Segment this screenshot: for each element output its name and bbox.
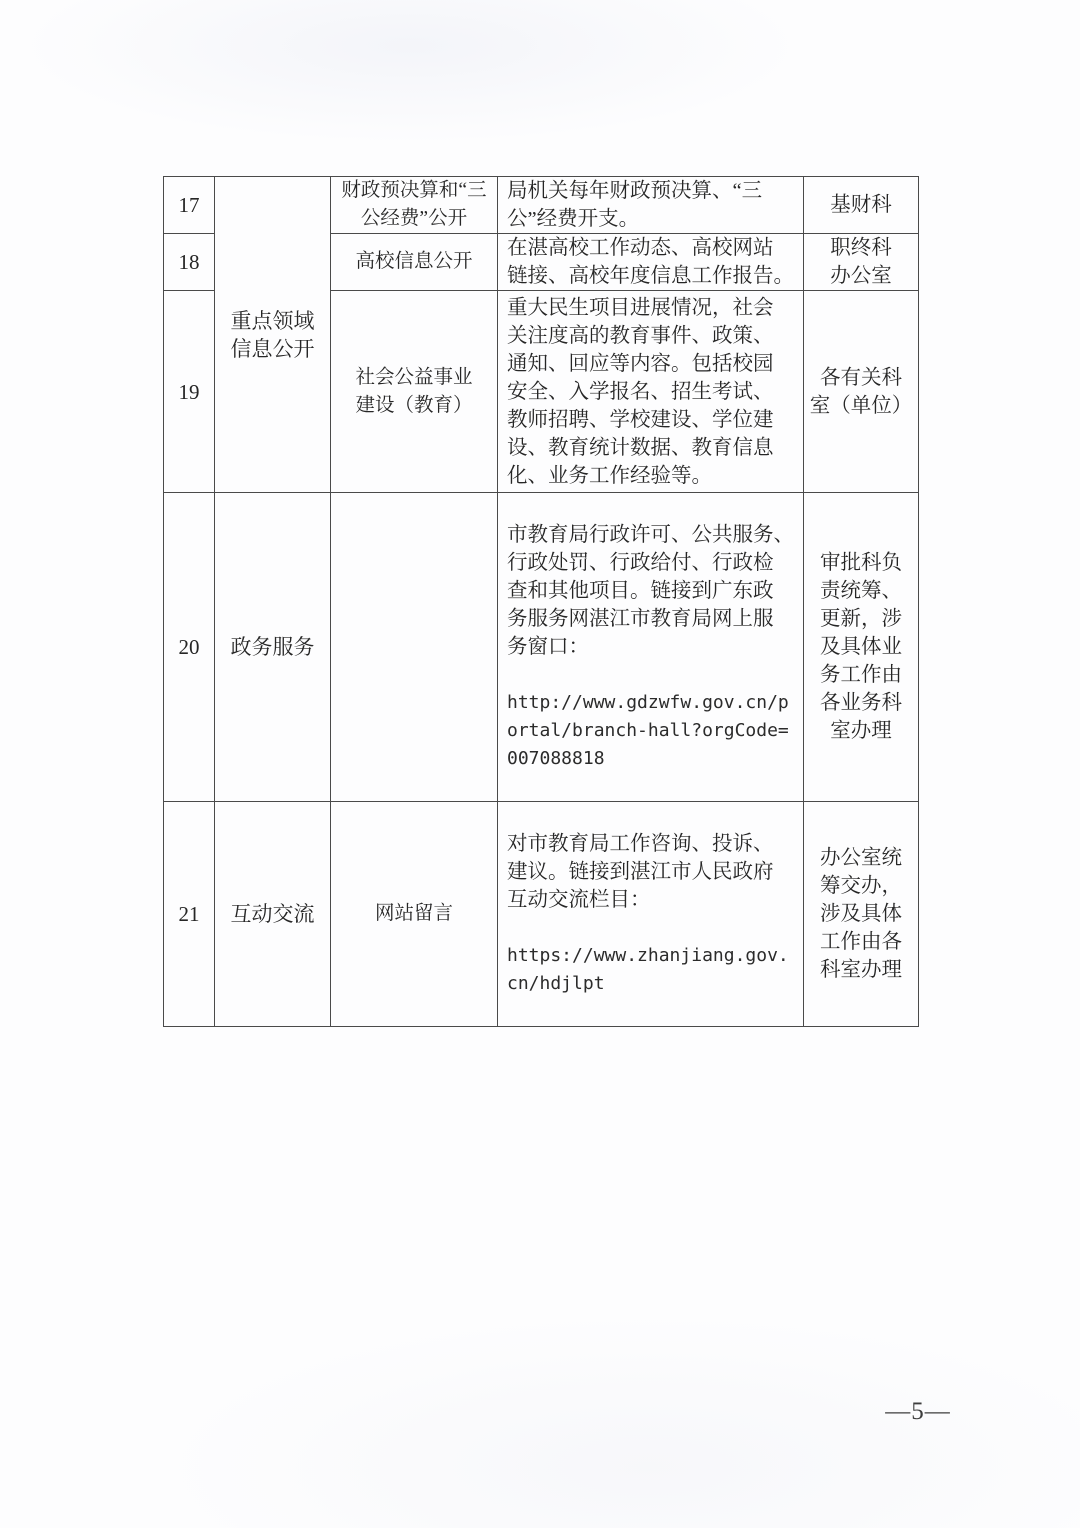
- row-number: 18: [164, 234, 215, 291]
- description-text: 市教育局行政许可、公共服务、 行政处罚、行政给付、行政检 查和其他项目。链接到广…: [507, 521, 798, 661]
- item-cell: 网站留言: [331, 802, 498, 1027]
- department-cell: 审批科负 责统筹、 更新，涉 及具体业 务工作由 各业务科 室办理: [804, 493, 919, 802]
- row-number: 21: [164, 802, 215, 1027]
- item-cell: 社会公益事业 建设（教育）: [331, 291, 498, 493]
- page-number: —5—: [868, 1398, 968, 1426]
- department-cell: 办公室统 筹交办， 涉及具体 工作由各 科室办理: [804, 802, 919, 1027]
- table-row-20: 20 政务服务 市教育局行政许可、公共服务、 行政处罚、行政给付、行政检 查和其…: [164, 493, 919, 802]
- item-cell: [331, 493, 498, 802]
- department-cell: 基财科: [804, 177, 919, 234]
- info-disclosure-table: 17 重点领域 信息公开 财政预决算和“三 公经费”公开 局机关每年财政预决算、…: [163, 176, 919, 1027]
- description-cell: 重大民生项目进展情况，社会 关注度高的教育事件、政策、 通知、回应等内容。包括校…: [498, 291, 804, 493]
- row-number: 19: [164, 291, 215, 493]
- item-cell: 财政预决算和“三 公经费”公开: [331, 177, 498, 234]
- row-number: 17: [164, 177, 215, 234]
- category-cell: 互动交流: [215, 802, 331, 1027]
- department-cell: 职终科 办公室: [804, 234, 919, 291]
- description-cell: 对市教育局工作咨询、投诉、 建议。链接到湛江市人民政府 互动交流栏目： http…: [498, 802, 804, 1027]
- row-number: 20: [164, 493, 215, 802]
- document-page: 17 重点领域 信息公开 财政预决算和“三 公经费”公开 局机关每年财政预决算、…: [0, 0, 1080, 1528]
- department-cell: 各有关科 室（单位）: [804, 291, 919, 493]
- category-cell: 政务服务: [215, 493, 331, 802]
- category-cell: 重点领域 信息公开: [215, 177, 331, 493]
- description-cell: 在湛高校工作动态、高校网站 链接、高校年度信息工作报告。: [498, 234, 804, 291]
- item-cell: 高校信息公开: [331, 234, 498, 291]
- description-cell: 局机关每年财政预决算、“三 公”经费开支。: [498, 177, 804, 234]
- table-row-17: 17 重点领域 信息公开 财政预决算和“三 公经费”公开 局机关每年财政预决算、…: [164, 177, 919, 234]
- feedback-url: https://www.zhanjiang.gov. cn/hdjlpt: [507, 942, 798, 998]
- table-row-21: 21 互动交流 网站留言 对市教育局工作咨询、投诉、 建议。链接到湛江市人民政府…: [164, 802, 919, 1027]
- description-cell: 市教育局行政许可、公共服务、 行政处罚、行政给付、行政检 查和其他项目。链接到广…: [498, 493, 804, 802]
- description-text: 对市教育局工作咨询、投诉、 建议。链接到湛江市人民政府 互动交流栏目：: [507, 830, 798, 914]
- service-portal-url: http://www.gdzwfw.gov.cn/p ortal/branch-…: [507, 689, 798, 773]
